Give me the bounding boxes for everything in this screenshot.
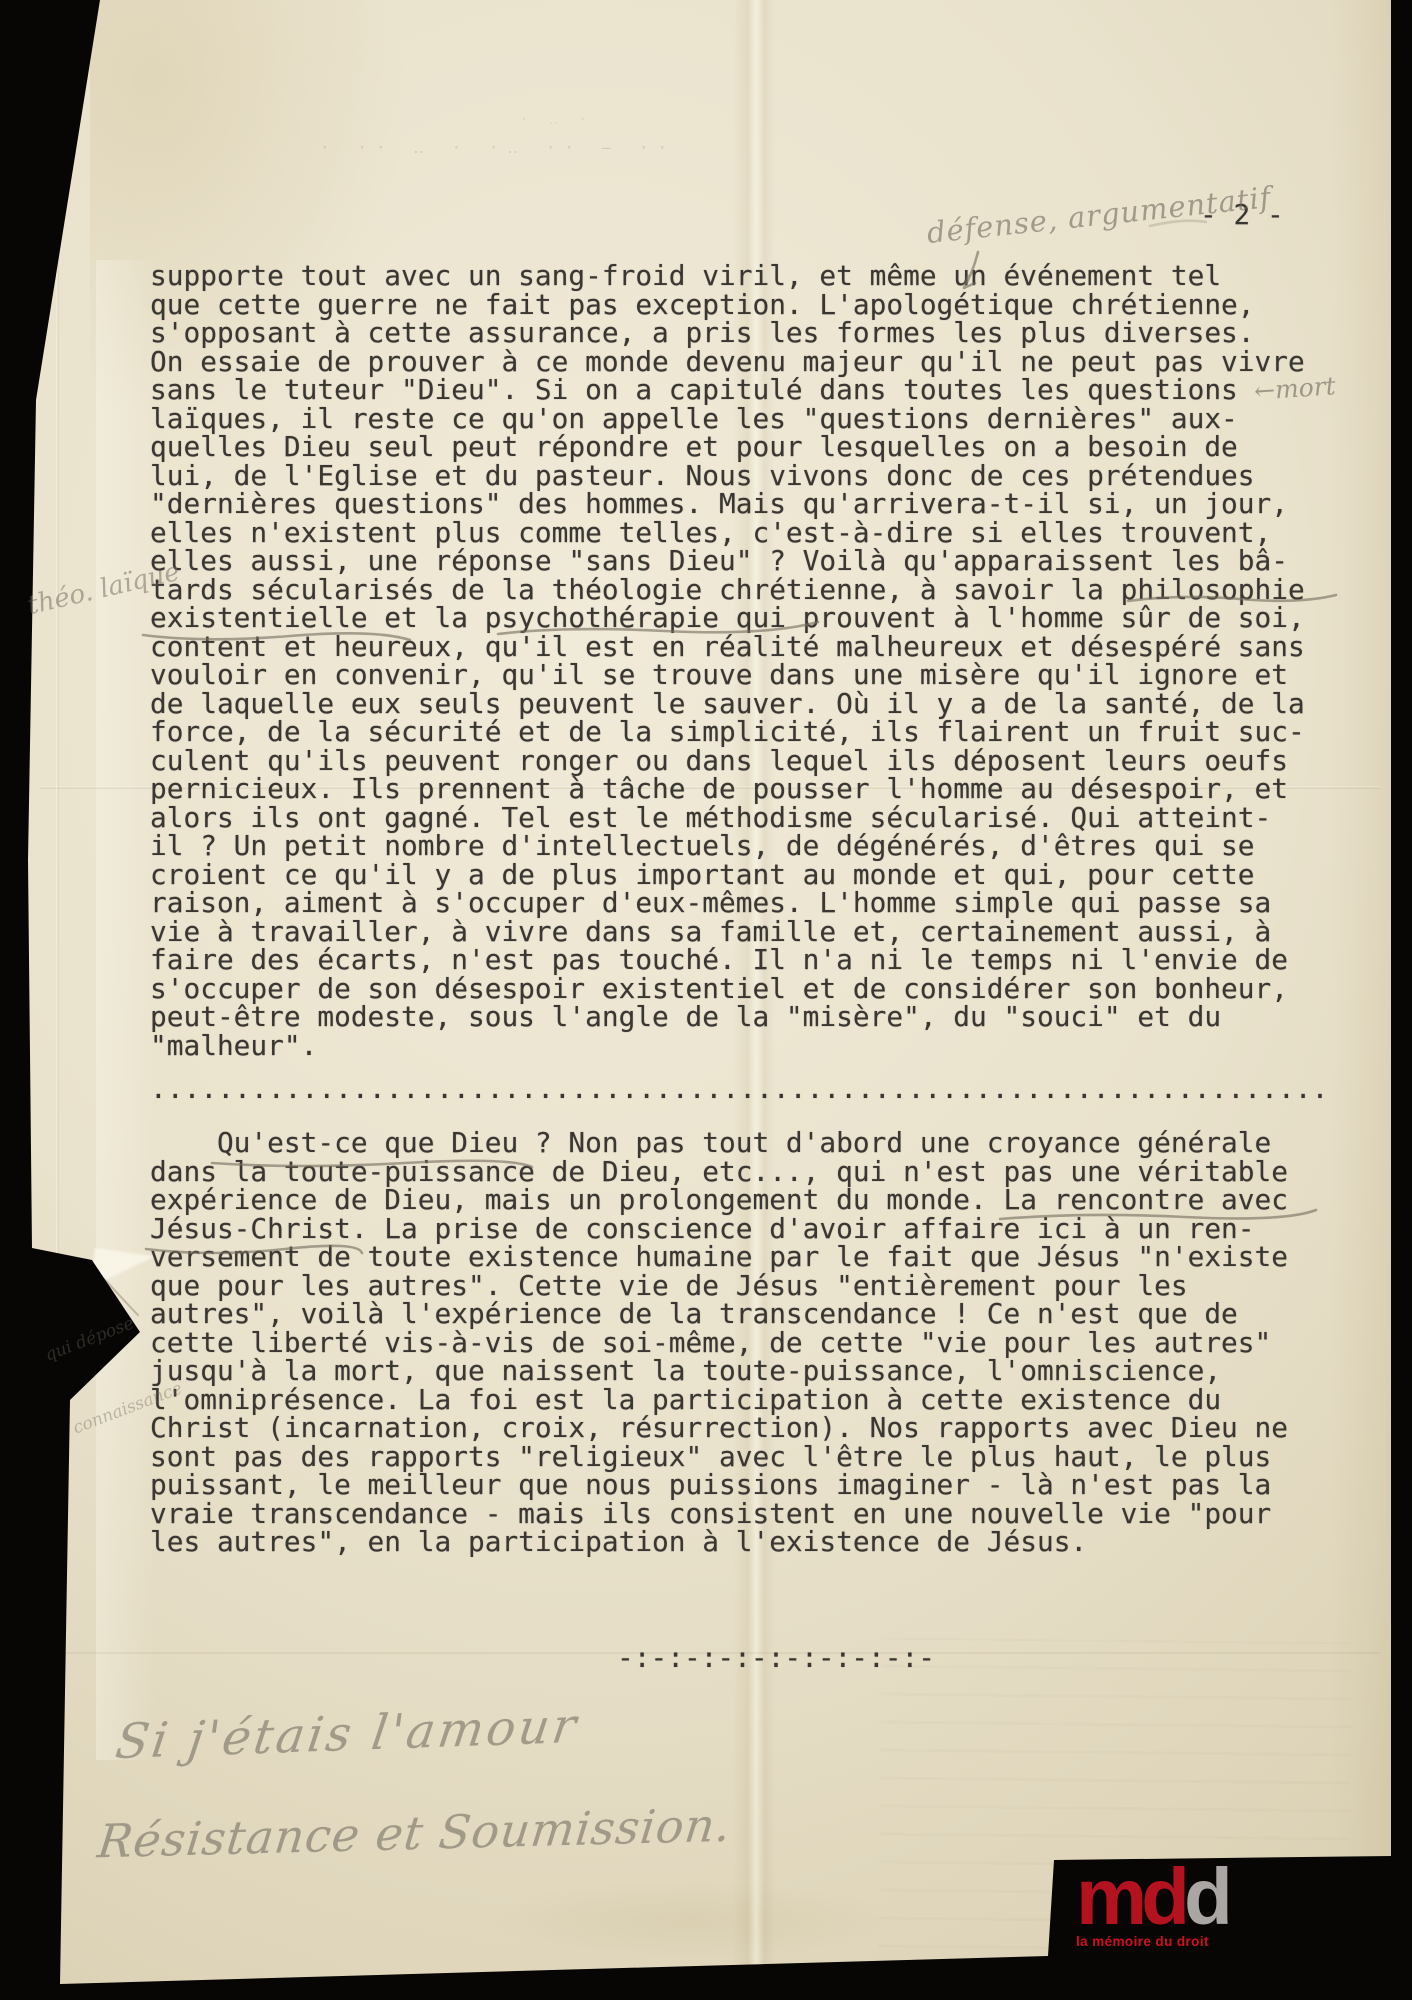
typed-line: existentielle et la psychothérapie qui p… bbox=[150, 604, 1305, 633]
typed-line: elles aussi, une réponse "sans Dieu" ? V… bbox=[150, 547, 1305, 576]
typed-line: autres", voilà l'expérience de la transc… bbox=[150, 1300, 1288, 1329]
typed-line: que pour les autres". Cette vie de Jésus… bbox=[150, 1272, 1288, 1301]
typed-line: elles n'existent plus comme telles, c'es… bbox=[150, 519, 1305, 548]
typed-line: alors ils ont gagné. Tel est le méthodis… bbox=[150, 804, 1305, 833]
typed-line: vouloir en convenir, qu'il se trouve dan… bbox=[150, 661, 1305, 690]
typed-line: jusqu'à la mort, que naissent la toute-p… bbox=[150, 1357, 1288, 1386]
typed-paragraph-2: Qu'est-ce que Dieu ? Non pas tout d'abor… bbox=[150, 1129, 1288, 1557]
typed-line: supporte tout avec un sang-froid viril, … bbox=[150, 262, 1305, 291]
typed-line: tards sécularisés de la théologie chréti… bbox=[150, 576, 1305, 605]
typed-line: s'opposant à cette assurance, a pris les… bbox=[150, 319, 1305, 348]
typed-line: s'occuper de son désespoir existentiel e… bbox=[150, 975, 1305, 1004]
typed-line: raison, aiment à s'occuper d'eux-mêmes. … bbox=[150, 889, 1305, 918]
typed-line: versement de toute existence humaine par… bbox=[150, 1243, 1288, 1272]
mdd-logo-letters: mdd bbox=[1076, 1862, 1296, 1932]
handwritten-note-mort: ←mort bbox=[1253, 371, 1337, 406]
typed-line: Qu'est-ce que Dieu ? Non pas tout d'abor… bbox=[150, 1129, 1288, 1158]
typed-line: de laquelle eux seuls peuvent le sauver.… bbox=[150, 690, 1305, 719]
typed-line: culent qu'ils peuvent ronger ou dans leq… bbox=[150, 747, 1305, 776]
mdd-logo: mdd la mémoire du droit bbox=[1076, 1862, 1296, 1962]
bleed-through-marks: · ·· ‥ · ·‥ ·· — ·· bbox=[320, 138, 1040, 157]
paper-stain bbox=[480, 1880, 900, 1960]
logo-letter-d1: d bbox=[1141, 1852, 1184, 1941]
typed-line: puissant, le meilleur que nous puissions… bbox=[150, 1471, 1288, 1500]
handwritten-note-line: qui dépose bbox=[41, 1303, 158, 1369]
typed-line: pernicieux. Ils prennent à tâche de pous… bbox=[150, 775, 1305, 804]
typed-line: Christ (incarnation, croix, résurrection… bbox=[150, 1414, 1288, 1443]
typed-line: vie à travailler, à vivre dans sa famill… bbox=[150, 918, 1305, 947]
typed-line: faire des écarts, n'est pas touché. Il n… bbox=[150, 946, 1305, 975]
logo-letter-d2: d bbox=[1184, 1852, 1227, 1941]
typed-line: Jésus-Christ. La prise de conscience d'a… bbox=[150, 1215, 1288, 1244]
typed-line: les autres", en la participation à l'exi… bbox=[150, 1528, 1288, 1557]
typed-line: expérience de Dieu, mais un prolongement… bbox=[150, 1186, 1288, 1215]
typed-line: "dernières questions" des hommes. Mais q… bbox=[150, 490, 1305, 519]
paper-stain bbox=[1330, 0, 1392, 1860]
paper-stain bbox=[96, 260, 156, 1760]
typed-line: sans le tuteur "Dieu". Si on a capitulé … bbox=[150, 376, 1305, 405]
typed-line: que cette guerre ne fait pas exception. … bbox=[150, 291, 1305, 320]
typed-line: quelles Dieu seul peut répondre et pour … bbox=[150, 433, 1305, 462]
dash-colon-separator: -:-:-:-:-:-:-:-:-:- bbox=[617, 1641, 935, 1674]
bleed-through-marks: · ‥ · bbox=[520, 112, 820, 128]
typed-line: peut-être modeste, sous l'angle de la "m… bbox=[150, 1003, 1305, 1032]
typed-line: croient ce qu'il y a de plus important a… bbox=[150, 861, 1305, 890]
logo-letter-m: m bbox=[1076, 1852, 1141, 1941]
dotted-separator: ........................................… bbox=[150, 1072, 1328, 1105]
typed-line: dans la toute-puissance de Dieu, etc...,… bbox=[150, 1158, 1288, 1187]
typed-line: l'omniprésence. La foi est la participat… bbox=[150, 1386, 1288, 1415]
typed-line: content et heureux, qu'il est en réalité… bbox=[150, 633, 1305, 662]
typed-line: laïques, il reste ce qu'on appelle les "… bbox=[150, 405, 1305, 434]
handwritten-note-line: connaissance bbox=[69, 1376, 186, 1442]
typed-line: lui, de l'Eglise et du pasteur. Nous viv… bbox=[150, 462, 1305, 491]
typed-line: il ? Un petit nombre d'intellectuels, de… bbox=[150, 832, 1305, 861]
typed-line: vraie transcendance - mais ils consisten… bbox=[150, 1500, 1288, 1529]
scanned-document-photo: · ·· ‥ · ·‥ ·· — ·· · ‥ · - 2 - supporte… bbox=[0, 0, 1412, 2000]
typed-line: "malheur". bbox=[150, 1032, 1305, 1061]
typed-line: sont pas des rapports "religieux" avec l… bbox=[150, 1443, 1288, 1472]
typed-line: On essaie de prouver à ce monde devenu m… bbox=[150, 348, 1305, 377]
typed-line: force, de la sécurité et de la simplicit… bbox=[150, 718, 1305, 747]
typed-line: cette liberté vis-à-vis de soi-même, de … bbox=[150, 1329, 1288, 1358]
typed-paragraph-1: supporte tout avec un sang-froid viril, … bbox=[150, 262, 1305, 1060]
paper-edge-line bbox=[56, 0, 59, 1960]
